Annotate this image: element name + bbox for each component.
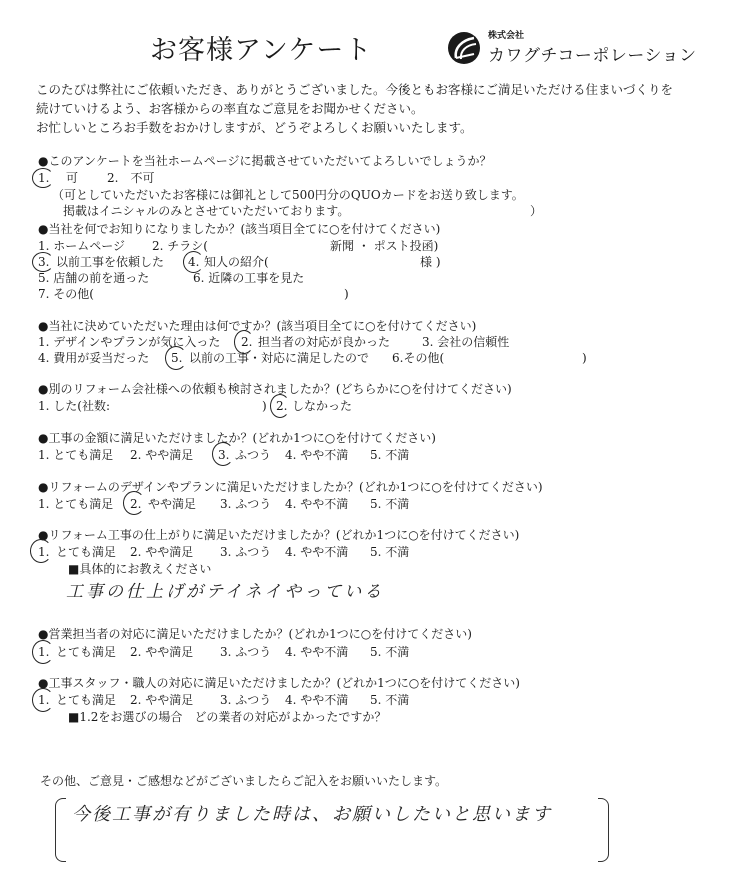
comments-label: その他、ご意見・ご感想などがございましたらご記入をお願いいたします。 — [40, 773, 447, 789]
intro-line-2: 続けていけるよう、お客様からの率直なご意見をお聞かせください。 — [36, 99, 716, 118]
q6-option-1[interactable]: 1. とても満足 — [38, 496, 113, 512]
q1-note-close: ） — [530, 203, 542, 219]
q3-option-1[interactable]: 1. デザインやプランが気に入った — [38, 334, 220, 350]
q1-note-2: 掲載はイニシャルのみとさせていただいております。 — [63, 203, 349, 219]
q6-option-2-label: やや満足 — [148, 496, 196, 512]
page-title: お客様アンケート — [150, 28, 372, 67]
q2-option-7[interactable]: 7. その他( — [38, 286, 94, 302]
q2-option-4[interactable]: 4. — [188, 254, 199, 270]
q1-question: ●このアンケートを当社ホームページに掲載させていただいてよろしいでしょうか？ — [38, 153, 492, 169]
q2-option-3-label: 以前工事を依頼した — [56, 254, 164, 270]
q2-question: ●当社を何でお知りになりましたか？(該当項目全てに○を付けてください) — [38, 221, 440, 237]
q3-option-5-label: 以前の工事・対応に満足したので — [189, 350, 369, 366]
company-name: カワグチコーポレーション — [488, 41, 697, 66]
q8-question: ●営業担当者の対応に満足いただけましたか？(どれか1つに○を付けてください) — [38, 626, 472, 642]
q7-question: ●リフォーム工事の仕上がりに満足いただけましたか？(どれか1つに○を付けてくださ… — [38, 527, 519, 543]
company-logo: 株式会社 カワグチコーポレーション — [448, 28, 688, 68]
q8-option-4[interactable]: 4. やや不満 — [285, 644, 348, 660]
q9-option-3[interactable]: 3. ふつう — [220, 692, 271, 708]
q1-note-1: （可としていただいたお客様には御礼として500円分のQUOカードをお送り致します… — [52, 187, 524, 203]
q3-option-2[interactable]: 2. — [241, 334, 252, 350]
q4-option-2[interactable]: 2. — [276, 398, 287, 414]
q9-question: ●工事スタッフ・職人の対応に満足いただけましたか？(どれか1つに○を付けてくださ… — [38, 675, 520, 691]
comments-handwritten-answer[interactable]: 今後工事が有りました時は、お願いしたいと思います — [72, 800, 552, 826]
q7-option-1[interactable]: 1. — [38, 544, 49, 560]
intro-text: このたびは弊社にご依頼いただき、ありがとうございました。今後ともお客様にご満足い… — [36, 80, 716, 137]
q8-option-2[interactable]: 2. やや満足 — [130, 644, 193, 660]
q6-option-3[interactable]: 3. ふつう — [220, 496, 271, 512]
q5-question: ●工事の金額に満足いただけましたか？(どれか1つに○を付けてください) — [38, 430, 436, 446]
q2-option-2-detail: 新聞 ・ ポスト投函) — [330, 238, 438, 254]
q9-followup: ■1.2をお選びの場合 どの業者の対応がよかったですか？ — [68, 709, 386, 725]
q5-option-4[interactable]: 4. やや不満 — [285, 447, 348, 463]
q2-option-6[interactable]: 6. 近隣の工事を見た — [193, 270, 304, 286]
q8-option-1-label: とても満足 — [56, 644, 116, 660]
q8-option-1[interactable]: 1. — [38, 644, 49, 660]
q2-option-4-suffix: 様 ) — [420, 254, 441, 270]
q5-option-3-label: ふつう — [235, 447, 271, 463]
q2-option-7-close: ) — [344, 286, 349, 302]
q4-option-1[interactable]: 1. した(社数: — [38, 398, 110, 414]
q6-option-2[interactable]: 2. — [130, 496, 141, 512]
q5-option-3[interactable]: 3. — [218, 447, 229, 463]
q3-option-2-label: 担当者の対応が良かった — [258, 334, 390, 350]
q3-option-6[interactable]: 6.その他( — [392, 350, 444, 366]
q3-option-5[interactable]: 5. — [171, 350, 182, 366]
q9-option-2[interactable]: 2. やや満足 — [130, 692, 193, 708]
q3-question: ●当社に決めていただいた理由は何ですか？(該当項目全てに○を付けてください) — [38, 318, 476, 334]
q3-option-3[interactable]: 3. 会社の信頼性 — [422, 334, 509, 350]
q7-option-2[interactable]: 2. やや満足 — [130, 544, 193, 560]
q7-option-1-label: とても満足 — [56, 544, 116, 560]
q7-option-5[interactable]: 5. 不満 — [370, 544, 409, 560]
q7-option-4[interactable]: 4. やや不満 — [285, 544, 348, 560]
q4-option-1-close: ) — [262, 398, 267, 414]
company-prefix: 株式会社 — [488, 28, 524, 41]
q7-detail-label: ■具体的にお教えください — [68, 561, 211, 577]
q6-option-4[interactable]: 4. やや不満 — [285, 496, 348, 512]
q9-option-1[interactable]: 1. — [38, 692, 49, 708]
comments-bracket-left — [55, 798, 66, 862]
q4-option-2-label: しなかった — [292, 398, 352, 414]
q3-option-6-close: ) — [582, 350, 587, 366]
q2-option-3[interactable]: 3. — [38, 254, 49, 270]
q5-option-1[interactable]: 1. とても満足 — [38, 447, 113, 463]
intro-line-3: お忙しいところお手数をおかけしますが、どうぞよろしくお願いいたします。 — [36, 118, 716, 137]
q2-option-1[interactable]: 1. ホームページ — [38, 238, 125, 254]
comments-bracket-right — [598, 798, 609, 862]
q6-question: ●リフォームのデザインやプランに満足いただけましたか？(どれか1つに○を付けてく… — [38, 479, 543, 495]
q9-option-5[interactable]: 5. 不満 — [370, 692, 409, 708]
q5-option-2[interactable]: 2. やや満足 — [130, 447, 193, 463]
q8-option-3[interactable]: 3. ふつう — [220, 644, 271, 660]
q6-option-5[interactable]: 5. 不満 — [370, 496, 409, 512]
q1-option-1[interactable]: 1. — [38, 170, 49, 186]
q9-option-1-label: とても満足 — [56, 692, 116, 708]
intro-line-1: このたびは弊社にご依頼いただき、ありがとうございました。今後ともお客様にご満足い… — [36, 80, 716, 99]
q1-option-2[interactable]: 2. 不可 — [107, 170, 154, 186]
q2-option-2[interactable]: 2. チラシ( — [152, 238, 208, 254]
q8-option-5[interactable]: 5. 不満 — [370, 644, 409, 660]
q7-option-3[interactable]: 3. ふつう — [220, 544, 271, 560]
q5-option-5[interactable]: 5. 不満 — [370, 447, 409, 463]
q3-option-4[interactable]: 4. 費用が妥当だった — [38, 350, 149, 366]
company-logo-icon — [448, 32, 480, 64]
q2-option-4-label: 知人の紹介( — [204, 254, 269, 270]
q7-handwritten-answer[interactable]: 工事の仕上げがテイネイやっている — [66, 577, 384, 602]
q9-option-4[interactable]: 4. やや不満 — [285, 692, 348, 708]
q2-option-5[interactable]: 5. 店舗の前を通った — [38, 270, 149, 286]
q1-option-1-label: 可 — [66, 170, 78, 186]
